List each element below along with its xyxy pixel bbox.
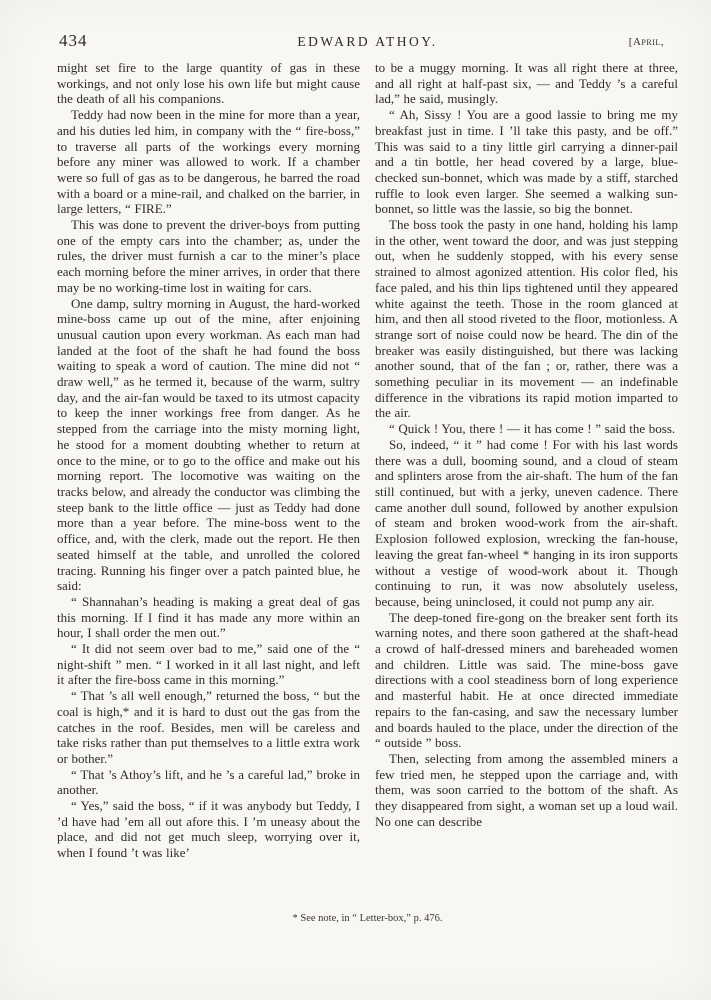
paragraph: “ That ’s Athoy’s lift, and he ’s a care…	[57, 767, 360, 798]
paragraph: to be a muggy morning. It was all right …	[375, 60, 678, 107]
paragraph: This was done to prevent the driver-boys…	[57, 217, 360, 296]
right-column: to be a muggy morning. It was all right …	[375, 60, 678, 861]
text-columns: might set fire to the large quantity of …	[57, 60, 678, 861]
paragraph: might set fire to the large quantity of …	[57, 60, 360, 107]
left-column: might set fire to the large quantity of …	[57, 60, 360, 861]
paragraph: The boss took the pasty in one hand, hol…	[375, 217, 678, 421]
paragraph: “ Ah, Sissy ! You are a good lassie to b…	[375, 107, 678, 217]
paragraph: “ Quick ! You, there ! — it has come ! ”…	[375, 421, 678, 437]
paragraph: “ It did not seem over bad to me,” said …	[57, 641, 360, 688]
issue-label: [April,	[629, 36, 664, 48]
paragraph: “ That ’s all well enough,” returned the…	[57, 688, 360, 767]
paragraph: So, indeed, “ it ” had come ! For with h…	[375, 437, 678, 610]
paragraph: “ Shannahan’s heading is making a great …	[57, 594, 360, 641]
paragraph: “ Yes,” said the boss, “ if it was anybo…	[57, 798, 360, 861]
footnote: * See note, in “ Letter-box,” p. 476.	[57, 913, 678, 924]
paragraph: Then, selecting from among the assembled…	[375, 751, 678, 830]
paragraph: One damp, sultry morning in August, the …	[57, 296, 360, 594]
paragraph: Teddy had now been in the mine for more …	[57, 107, 360, 217]
running-title: EDWARD ATHOY.	[57, 34, 678, 50]
page-header: 434 EDWARD ATHOY. [April,	[57, 31, 678, 53]
paragraph: The deep-toned fire-gong on the breaker …	[375, 610, 678, 751]
book-page: 434 EDWARD ATHOY. [April, might set fire…	[0, 0, 711, 1000]
